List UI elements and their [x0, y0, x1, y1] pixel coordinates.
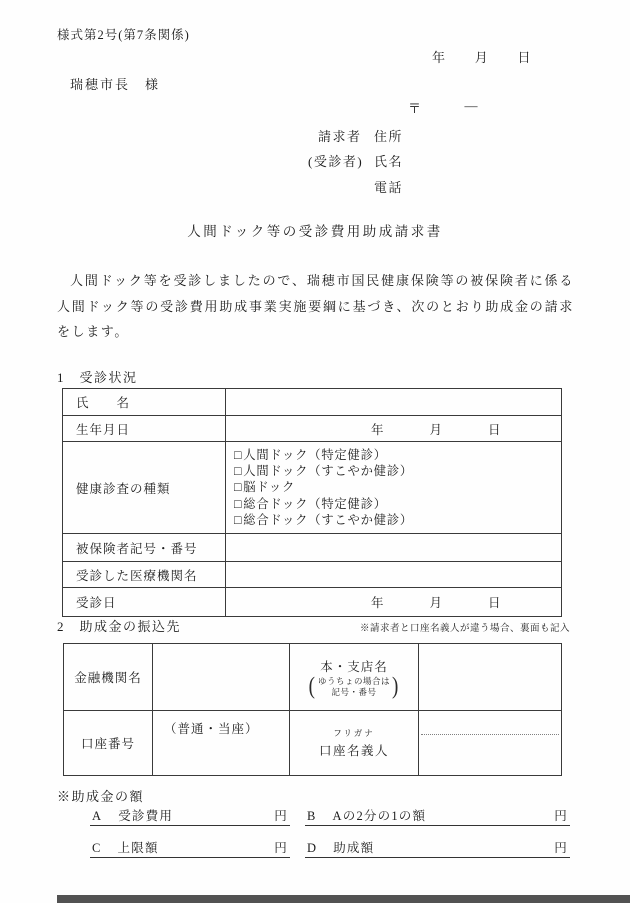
- month-label: 月: [475, 47, 490, 66]
- branch-name-label: 本・支店名: [290, 657, 418, 675]
- exam-date-row-label: 受診日: [63, 588, 226, 617]
- amount-field-d: D 助成額 円: [305, 835, 570, 858]
- checkbox-icon: □: [234, 513, 242, 527]
- close-paren: ): [392, 675, 399, 699]
- bank-name-input-cell: [153, 644, 290, 711]
- amount-field-c: C 上限額 円: [90, 835, 290, 858]
- exam-date-input-cell: 年 月 日: [226, 588, 562, 617]
- yen-unit: 円: [554, 838, 568, 856]
- month-label: 月: [430, 593, 444, 611]
- form-number: 様式第2号(第7条関係): [57, 25, 190, 43]
- amount-label: 上限額: [118, 838, 159, 856]
- section2-heading: 2 助成金の振込先: [57, 616, 181, 635]
- institution-input-cell: [226, 562, 562, 588]
- header-date-line: 年 月 日: [432, 47, 532, 66]
- addressee: 瑞穂市長 様: [70, 74, 160, 93]
- table-row: 受診した医療機関名: [63, 562, 562, 588]
- examinee-label: (受診者): [308, 151, 363, 170]
- yen-unit: 円: [274, 806, 288, 824]
- amount-label: Aの2分の1の額: [333, 806, 427, 824]
- checkbox-icon: □: [234, 480, 242, 494]
- table-row: 口座番号 （普通・当座） フリガナ 口座名義人: [64, 711, 562, 776]
- year-label: 年: [432, 47, 447, 66]
- insured-number-row-label: 被保険者記号・番号: [63, 534, 226, 562]
- amount-field-a: A 受診費用 円: [90, 803, 290, 826]
- postal-dash: ―: [465, 98, 480, 117]
- name-row-label: 氏 名: [63, 389, 226, 416]
- month-label: 月: [430, 420, 444, 438]
- section1-heading: 1 受診状況: [57, 367, 138, 386]
- name-input-cell: [226, 389, 562, 416]
- account-number-label: 口座番号: [64, 711, 153, 776]
- name-label: 氏名: [374, 151, 403, 170]
- amount-label: 助成額: [333, 838, 374, 856]
- checkbox-icon: □: [234, 464, 242, 478]
- checkup-option: □人間ドック（すこやか健診）: [234, 463, 561, 479]
- account-holder-label: 口座名義人: [290, 741, 418, 759]
- table-row: 金融機関名 本・支店名 ( ゆうちょの場合は 記号・番号 ): [64, 644, 562, 711]
- checkup-option: □総合ドック（特定健診）: [234, 496, 561, 512]
- furigana-rule-line: [421, 734, 559, 735]
- year-label: 年: [371, 420, 385, 438]
- branch-name-cell: 本・支店名 ( ゆうちょの場合は 記号・番号 ): [290, 644, 419, 711]
- branch-name-input-cell: [419, 644, 562, 711]
- insured-number-input-cell: [226, 534, 562, 562]
- day-label: 日: [488, 420, 502, 438]
- amount-letter: D: [307, 841, 317, 856]
- day-label: 日: [517, 47, 532, 66]
- year-label: 年: [371, 593, 385, 611]
- postal-mark-icon: 〒: [408, 98, 423, 117]
- open-paren: (: [309, 675, 316, 699]
- address-label: 住所: [374, 126, 403, 145]
- body-paragraph: 人間ドック等を受診しましたので、瑞穂市国民健康保険等の被保険者に係る人間ドック等…: [57, 268, 574, 345]
- table-row: 健康診査の種類 □人間ドック（特定健診） □人間ドック（すこやか健診） □脳ドッ…: [63, 442, 562, 534]
- bank-name-label: 金融機関名: [64, 644, 153, 711]
- table-row: 生年月日 年 月 日: [63, 416, 562, 442]
- checkup-type-row-label: 健康診査の種類: [63, 442, 226, 534]
- institution-row-label: 受診した医療機関名: [63, 562, 226, 588]
- checkup-type-options-cell: □人間ドック（特定健診） □人間ドック（すこやか健診） □脳ドック □総合ドック…: [226, 442, 562, 534]
- branch-note-line2: 記号・番号: [331, 687, 376, 697]
- amount-label: 受診費用: [118, 806, 173, 824]
- table-row: 受診日 年 月 日: [63, 588, 562, 617]
- postal-line: 〒 ―: [408, 98, 479, 117]
- exam-status-table: 氏 名 生年月日 年 月 日 健康診査の種類 □人間ドック（特定健診） □人間ド…: [62, 388, 562, 617]
- claimant-label: 請求者: [318, 126, 362, 145]
- day-label: 日: [488, 593, 502, 611]
- checkup-option: □脳ドック: [234, 479, 561, 495]
- bank-transfer-table: 金融機関名 本・支店名 ( ゆうちょの場合は 記号・番号 ) 口座番号 （普通・…: [63, 643, 562, 776]
- checkup-option-label: 総合ドック（特定健診）: [243, 497, 387, 511]
- amount-letter: A: [92, 809, 102, 824]
- checkup-option-label: 脳ドック: [243, 480, 295, 494]
- checkup-option: □総合ドック（すこやか健診）: [234, 512, 561, 528]
- document-page: 様式第2号(第7条関係) 年 月 日 瑞穂市長 様 〒 ― 請求者 住所 (受診…: [0, 0, 630, 903]
- yen-unit: 円: [554, 806, 568, 824]
- checkbox-icon: □: [234, 497, 242, 511]
- checkup-option-label: 人間ドック（特定健診）: [243, 448, 387, 462]
- page-title: 人間ドック等の受診費用助成請求書: [0, 220, 630, 240]
- branch-note: ( ゆうちょの場合は 記号・番号 ): [290, 676, 418, 697]
- checkup-option-label: 人間ドック（すこやか健診）: [243, 464, 413, 478]
- account-holder-cell: フリガナ 口座名義人: [290, 711, 419, 776]
- table-row: 被保険者記号・番号: [63, 534, 562, 562]
- section2-note: ※請求者と口座名義人が違う場合、裏面も記入: [360, 620, 570, 634]
- furigana-label: フリガナ: [290, 727, 418, 739]
- checkup-option: □人間ドック（特定健診）: [234, 447, 561, 463]
- phone-label: 電話: [374, 177, 403, 196]
- birthdate-input-cell: 年 月 日: [226, 416, 562, 442]
- amount-field-b: B Aの2分の1の額 円: [305, 803, 570, 826]
- amount-letter: C: [92, 841, 102, 856]
- birthdate-row-label: 生年月日: [63, 416, 226, 442]
- account-holder-input-cell: [419, 711, 562, 776]
- checkbox-icon: □: [234, 448, 242, 462]
- account-type-cell: （普通・当座）: [153, 711, 290, 776]
- page-bottom-edge: [57, 895, 630, 903]
- branch-note-line1: ゆうちょの場合は: [318, 676, 390, 686]
- amount-letter: B: [307, 809, 317, 824]
- checkup-option-label: 総合ドック（すこやか健診）: [243, 513, 413, 527]
- table-row: 氏 名: [63, 389, 562, 416]
- yen-unit: 円: [274, 838, 288, 856]
